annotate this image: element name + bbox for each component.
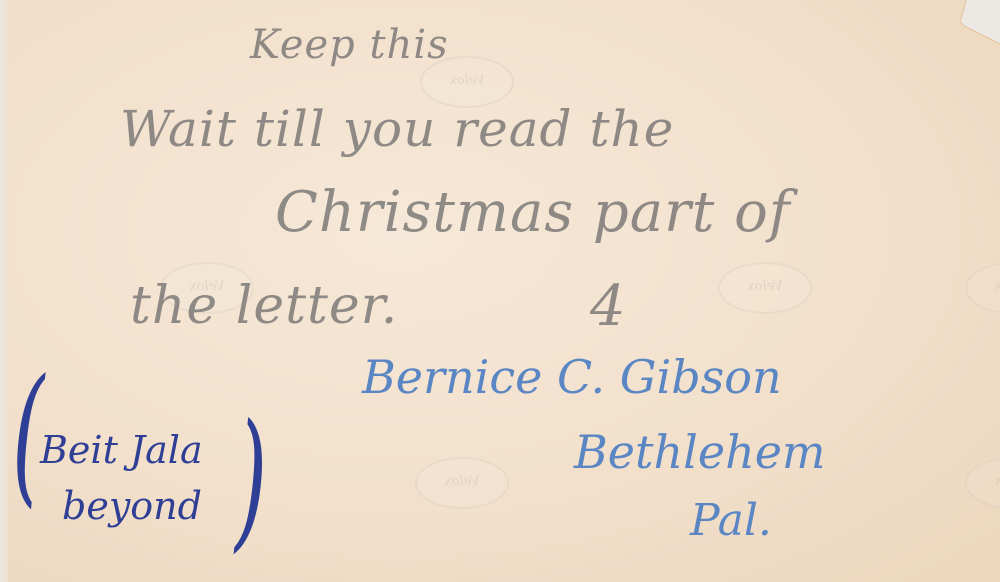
card-left-edge: [0, 0, 8, 582]
pencil-line-christmas: Christmas part of: [275, 180, 791, 245]
pencil-line-letter: the letter.: [130, 276, 398, 336]
watermark: Velox: [965, 262, 1000, 314]
watermark: Velox: [718, 262, 812, 314]
close-paren: ): [235, 405, 267, 555]
watermark: Velox: [965, 457, 1000, 509]
address-city: Bethlehem: [574, 425, 826, 479]
address-name: Bernice C. Gibson: [362, 350, 782, 404]
address-region: Pal.: [690, 495, 772, 546]
pencil-line-wait: Wait till you read the: [120, 100, 674, 158]
side-note-beyond: beyond: [62, 484, 202, 528]
pencil-line-keep-this: Keep this: [250, 22, 449, 68]
watermark: Velox: [415, 457, 509, 509]
torn-corner-icon: [952, 0, 1000, 48]
pencil-number: 4: [590, 274, 627, 339]
side-note-beit-jala: Beit Jala: [40, 428, 203, 472]
handwritten-card: Velox Velox Velox Velox Velox Velox Keep…: [0, 0, 1000, 582]
